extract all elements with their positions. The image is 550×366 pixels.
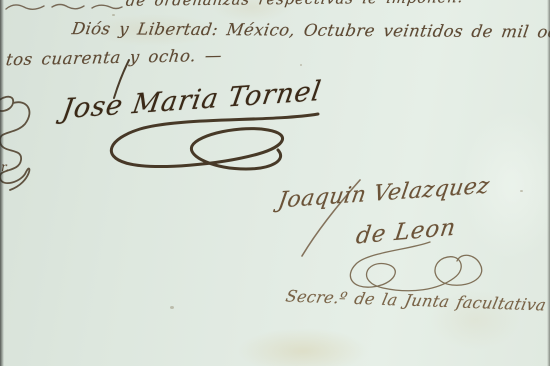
manuscript-page: de ordenanzas respectivas le imponen. Di… — [0, 0, 550, 366]
left-margin-flourish — [0, 86, 38, 192]
paper-speck — [112, 14, 115, 16]
secretary-title: Secre.º de la Junta facultativa — [284, 287, 548, 315]
paper-speck — [170, 306, 174, 309]
paper-stain — [238, 328, 368, 366]
body-line-2: Diós y Libertad: México, Octubre veintid… — [71, 19, 550, 42]
photo-edge-left — [0, 0, 4, 366]
cut-line-fragments — [4, 0, 124, 14]
body-line-3: tos cuarenta y ocho. — — [5, 46, 223, 70]
body-line-1: de ordenanzas respectivas le imponen. — [125, 0, 465, 10]
paper-speck — [520, 190, 523, 192]
paper-speck — [300, 64, 302, 66]
